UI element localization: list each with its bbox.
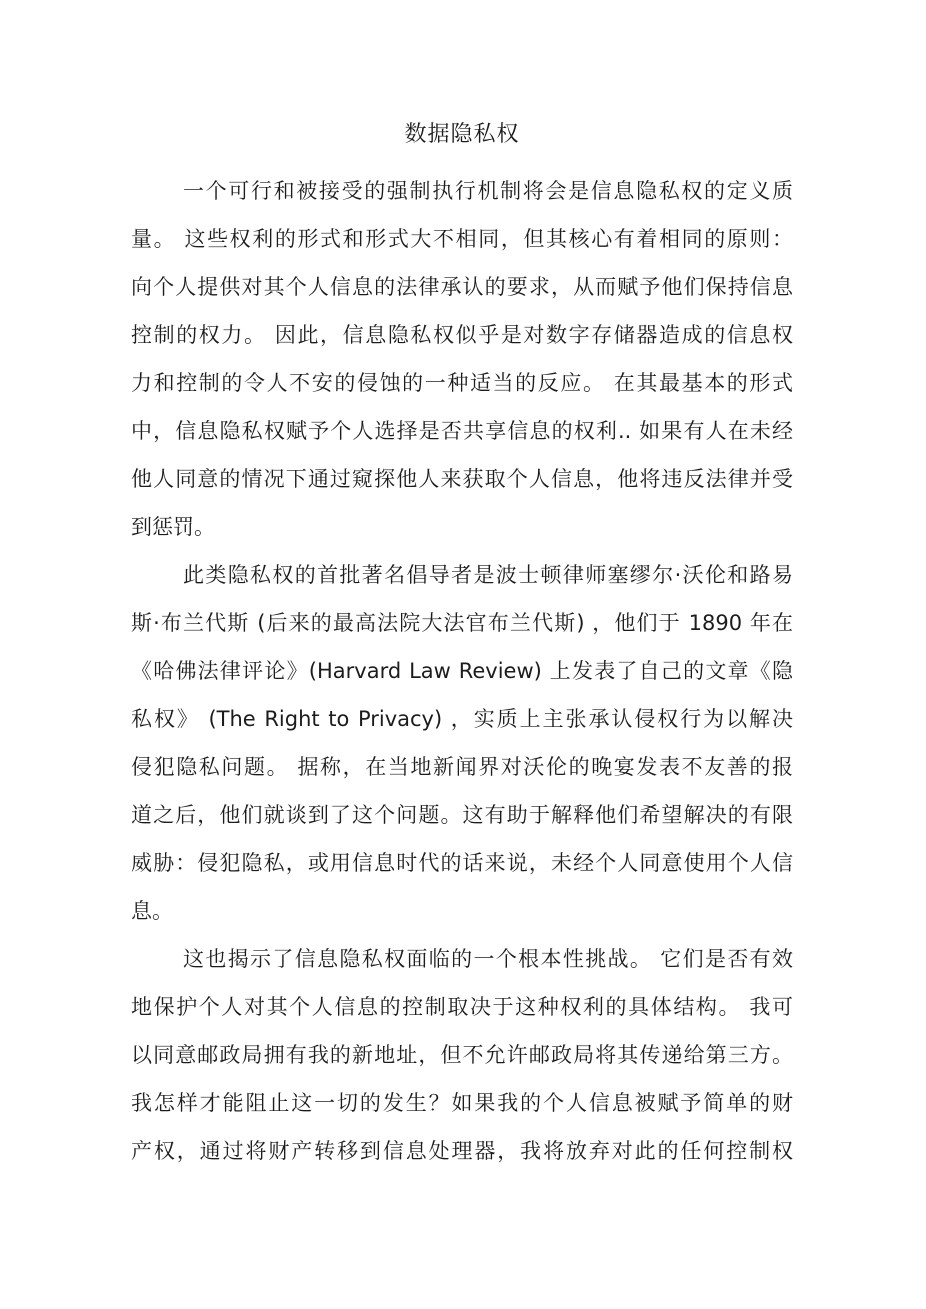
text-line: 一个可行和被接受的强制执行机制将会是信息隐私权的定义质 — [131, 167, 793, 215]
text-line: 我怎样才能阻止这一切的发生？如果我的个人信息被赋予简单的财 — [131, 1079, 793, 1127]
text-line: 他人同意的情况下通过窥探他人来获取个人信息，他将违反法律并受 — [131, 455, 793, 503]
text-line: 这也揭示了信息隐私权面临的一个根本性挑战。 它们是否有效 — [131, 935, 793, 983]
document-content: 数据隐私权 一个可行和被接受的强制执行机制将会是信息隐私权的定义质 量。 这些权… — [131, 111, 793, 1175]
text-line: 此类隐私权的首批著名倡导者是波士顿律师塞缪尔·沃伦和路易 — [131, 551, 793, 599]
text-line: 向个人提供对其个人信息的法律承认的要求，从而赋予他们保持信息 — [131, 263, 793, 311]
text-line: 产权，通过将财产转移到信息处理器，我将放弃对此的任何控制权 — [131, 1127, 793, 1175]
text-line: 以同意邮政局拥有我的新地址，但不允许邮政局将其传递给第三方。 — [131, 1031, 793, 1079]
text-line: 道之后，他们就谈到了这个问题。这有助于解释他们希望解决的有限 — [131, 791, 793, 839]
text-line: 地保护个人对其个人信息的控制取决于这种权利的具体结构。 我可 — [131, 983, 793, 1031]
document-title: 数据隐私权 — [131, 111, 793, 159]
text-line: 中，信息隐私权赋予个人选择是否共享信息的权利.. 如果有人在未经 — [131, 407, 793, 455]
paragraph-1: 一个可行和被接受的强制执行机制将会是信息隐私权的定义质 量。 这些权利的形式和形… — [131, 167, 793, 551]
text-line: 私权》 (The Right to Privacy) ，实质上主张承认侵权行为以… — [131, 695, 793, 743]
paragraph-3: 这也揭示了信息隐私权面临的一个根本性挑战。 它们是否有效 地保护个人对其个人信息… — [131, 935, 793, 1175]
document-page: 数据隐私权 一个可行和被接受的强制执行机制将会是信息隐私权的定义质 量。 这些权… — [0, 0, 926, 1309]
text-line: 量。 这些权利的形式和形式大不相同，但其核心有着相同的原则： — [131, 215, 793, 263]
paragraph-2: 此类隐私权的首批著名倡导者是波士顿律师塞缪尔·沃伦和路易 斯·布兰代斯 (后来的… — [131, 551, 793, 935]
text-line: 息。 — [131, 887, 793, 935]
text-line: 威胁：侵犯隐私，或用信息时代的话来说，未经个人同意使用个人信 — [131, 839, 793, 887]
text-line: 斯·布兰代斯 (后来的最高法院大法官布兰代斯) ，他们于 1890 年在 — [131, 599, 793, 647]
text-line: 到惩罚。 — [131, 503, 793, 551]
text-line: 控制的权力。 因此，信息隐私权似乎是对数字存储器造成的信息权 — [131, 311, 793, 359]
text-line: 力和控制的令人不安的侵蚀的一种适当的反应。 在其最基本的形式 — [131, 359, 793, 407]
text-line: 《哈佛法律评论》(Harvard Law Review) 上发表了自己的文章《隐 — [131, 647, 793, 695]
text-line: 侵犯隐私问题。 据称，在当地新闻界对沃伦的晚宴发表不友善的报 — [131, 743, 793, 791]
